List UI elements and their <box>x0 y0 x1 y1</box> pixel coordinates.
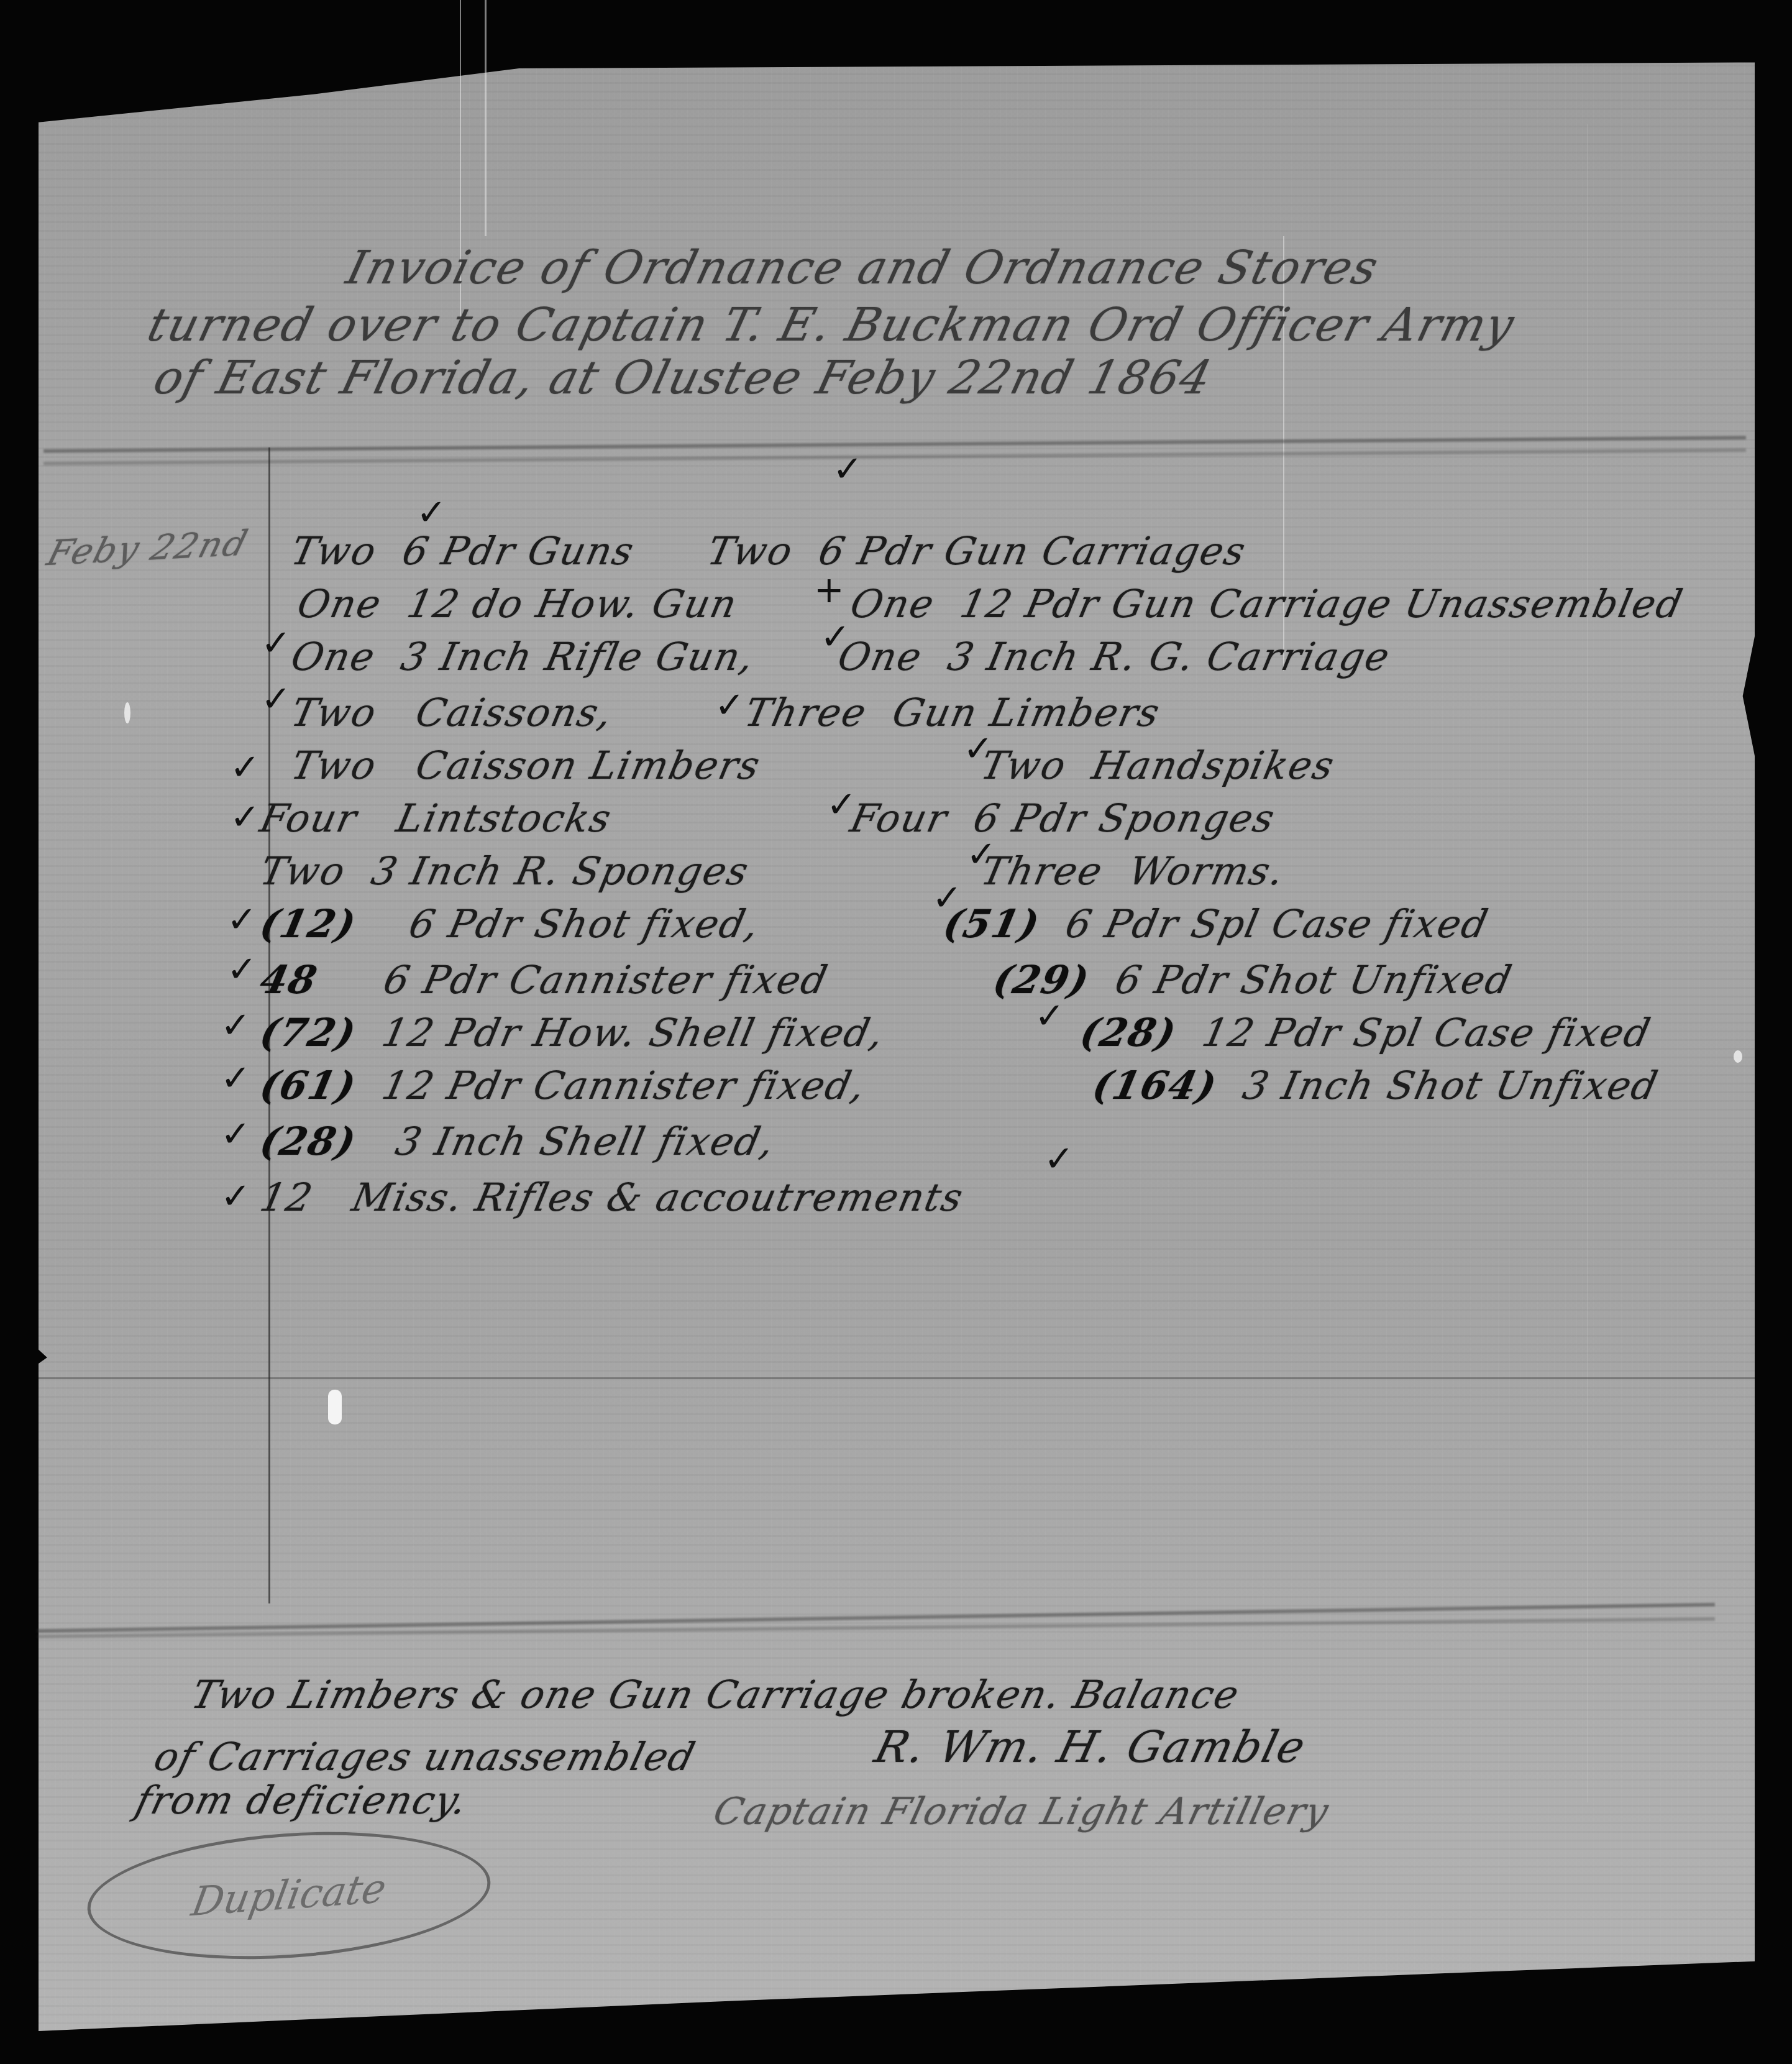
item-description: 6 Pdr Guns <box>398 528 639 574</box>
list-item: Two Handspikes <box>977 743 1339 788</box>
list-item: Two Caissons, <box>287 690 617 735</box>
item-description: 6 Pdr Spl Case fixed <box>1062 901 1493 947</box>
list-item: 48 6 Pdr Cannister fixed <box>256 957 832 1002</box>
scan-speck <box>1734 1050 1742 1063</box>
item-quantity: One <box>293 581 386 626</box>
list-item: (164) 3 Inch Shot Unfixed <box>1089 1063 1663 1108</box>
checkmark-icon: ✓ <box>833 447 863 490</box>
item-description: 3 Inch Rifle Gun, <box>397 634 759 679</box>
item-description: 12 Pdr Spl Case fixed <box>1199 1010 1655 1055</box>
item-description: 3 Inch R. Sponges <box>367 848 753 894</box>
item-description: Worms. <box>1125 848 1289 894</box>
item-quantity: One <box>287 634 380 679</box>
checkmark-icon: ✓ <box>261 621 291 664</box>
item-description: 6 Pdr Gun Carriages <box>815 528 1250 574</box>
list-item: (28) 12 Pdr Spl Case fixed <box>1076 1010 1655 1055</box>
item-quantity: (51) <box>939 901 1044 947</box>
list-item: (61) 12 Pdr Cannister fixed, <box>256 1063 870 1108</box>
item-quantity: Two <box>287 528 381 574</box>
list-item: Four 6 Pdr Sponges <box>846 796 1279 841</box>
scan-scratch <box>485 0 487 236</box>
item-description: Handspikes <box>1088 743 1339 788</box>
item-description: 6 Pdr Cannister fixed <box>380 957 832 1002</box>
item-description: Lintstocks <box>393 796 616 841</box>
plus-mark-icon: + <box>814 569 844 611</box>
list-item: Two Caisson Limbers <box>287 743 765 788</box>
item-description: 6 Pdr Shot Unfixed <box>1112 957 1517 1002</box>
item-description: 3 Inch R. G. Carriage <box>944 634 1394 679</box>
item-quantity: Two <box>256 848 350 894</box>
checkmark-icon: ✓ <box>230 746 260 788</box>
checkmark-icon: ✓ <box>227 948 257 990</box>
list-item: (12) 6 Pdr Shot fixed, <box>256 901 764 947</box>
checkmark-icon: ✓ <box>221 1004 251 1046</box>
item-description: Gun Limbers <box>889 690 1164 735</box>
item-quantity: 48 <box>256 957 322 1002</box>
list-item: (29) 6 Pdr Shot Unfixed <box>989 957 1516 1002</box>
list-item: (72) 12 Pdr How. Shell fixed, <box>256 1010 889 1055</box>
item-quantity: Two <box>287 743 381 788</box>
list-item: Two 3 Inch R. Sponges <box>256 848 753 894</box>
item-quantity: Four <box>256 796 362 841</box>
list-item: One 12 do How. Gun <box>293 581 742 626</box>
checkmark-icon: ✓ <box>715 684 745 726</box>
footer-note-line-2: of Carriages unassembled <box>150 1734 700 1779</box>
scan-scratch <box>1588 124 1588 1802</box>
item-description: 6 Pdr Sponges <box>969 796 1279 841</box>
heading-line-2: turned over to Captain T. E. Buckman Ord… <box>142 298 1520 352</box>
checkmark-icon: ✓ <box>1035 994 1065 1037</box>
list-item: Two 6 Pdr Guns <box>287 528 639 574</box>
checkmark-icon: ✓ <box>221 1175 251 1217</box>
signature-title: Captain Florida Light Artillery <box>709 1790 1333 1833</box>
paper-fold <box>39 1377 1755 1379</box>
item-quantity: 12 <box>256 1175 317 1220</box>
heading-line-3: of East Florida, at Olustee Feby 22nd 18… <box>149 351 1217 405</box>
heading-line-1: Invoice of Ordnance and Ordnance Stores <box>341 241 1384 295</box>
list-item: Three Gun Limbers <box>741 690 1164 735</box>
item-quantity: One <box>834 634 926 679</box>
item-quantity: Three <box>741 690 871 735</box>
list-item: One 12 Pdr Gun Carriage Unassembled <box>846 581 1688 626</box>
item-quantity: (28) <box>256 1119 360 1164</box>
footer-note-line-3: from deficiency. <box>131 1777 473 1823</box>
checkmark-icon: ✓ <box>221 1112 251 1155</box>
checkmark-icon: ✓ <box>416 491 447 533</box>
list-item: Three Worms. <box>977 848 1289 894</box>
list-item: One 3 Inch Rifle Gun, <box>287 634 759 679</box>
list-item: Four Lintstocks <box>256 796 616 841</box>
item-quantity: Three <box>977 848 1107 894</box>
list-item: Two 6 Pdr Gun Carriages <box>703 528 1250 574</box>
item-description: Caissons, <box>412 690 617 735</box>
item-quantity: (12) <box>256 901 360 947</box>
item-description: 6 Pdr Shot fixed, <box>405 901 764 947</box>
item-quantity: One <box>846 581 939 626</box>
item-quantity: (28) <box>1076 1010 1181 1055</box>
list-item: 12 Miss. Rifles & accoutrements <box>256 1175 967 1220</box>
item-quantity: Two <box>287 690 381 735</box>
footer-note-line-1: Two Limbers & one Gun Carriage broken. B… <box>187 1672 1245 1717</box>
signature-name: R. Wm. H. Gamble <box>870 1722 1312 1773</box>
item-description: 3 Inch Shell fixed, <box>391 1119 779 1164</box>
paper-hole <box>328 1390 342 1424</box>
checkmark-icon: ✓ <box>221 1057 251 1099</box>
item-quantity: Two <box>703 528 797 574</box>
duplicate-stamp-text: Duplicate <box>188 1866 390 1926</box>
item-description: 12 Pdr Gun Carriage Unassembled <box>956 581 1688 626</box>
item-description: Miss. Rifles & accoutrements <box>348 1175 967 1220</box>
list-item: (28) 3 Inch Shell fixed, <box>256 1119 779 1164</box>
item-description: 3 Inch Shot Unfixed <box>1239 1063 1663 1108</box>
item-description: 12 do How. Gun <box>403 581 742 626</box>
item-description: 12 Pdr How. Shell fixed, <box>378 1010 889 1055</box>
checkmark-icon: ✓ <box>227 898 257 940</box>
checkmark-icon: ✓ <box>1044 1137 1074 1180</box>
item-quantity: (72) <box>256 1010 360 1055</box>
item-quantity: (164) <box>1089 1063 1222 1108</box>
item-description: 12 Pdr Cannister fixed, <box>378 1063 871 1108</box>
item-description: Caisson Limbers <box>412 743 765 788</box>
item-quantity: (61) <box>256 1063 360 1108</box>
list-item: One 3 Inch R. G. Carriage <box>834 634 1394 679</box>
checkmark-icon: ✓ <box>230 796 260 838</box>
list-item: (51) 6 Pdr Spl Case fixed <box>939 901 1493 947</box>
item-quantity: Two <box>977 743 1071 788</box>
checkmark-icon: ✓ <box>261 677 291 720</box>
scan-speck <box>124 702 130 723</box>
item-quantity: Four <box>846 796 952 841</box>
